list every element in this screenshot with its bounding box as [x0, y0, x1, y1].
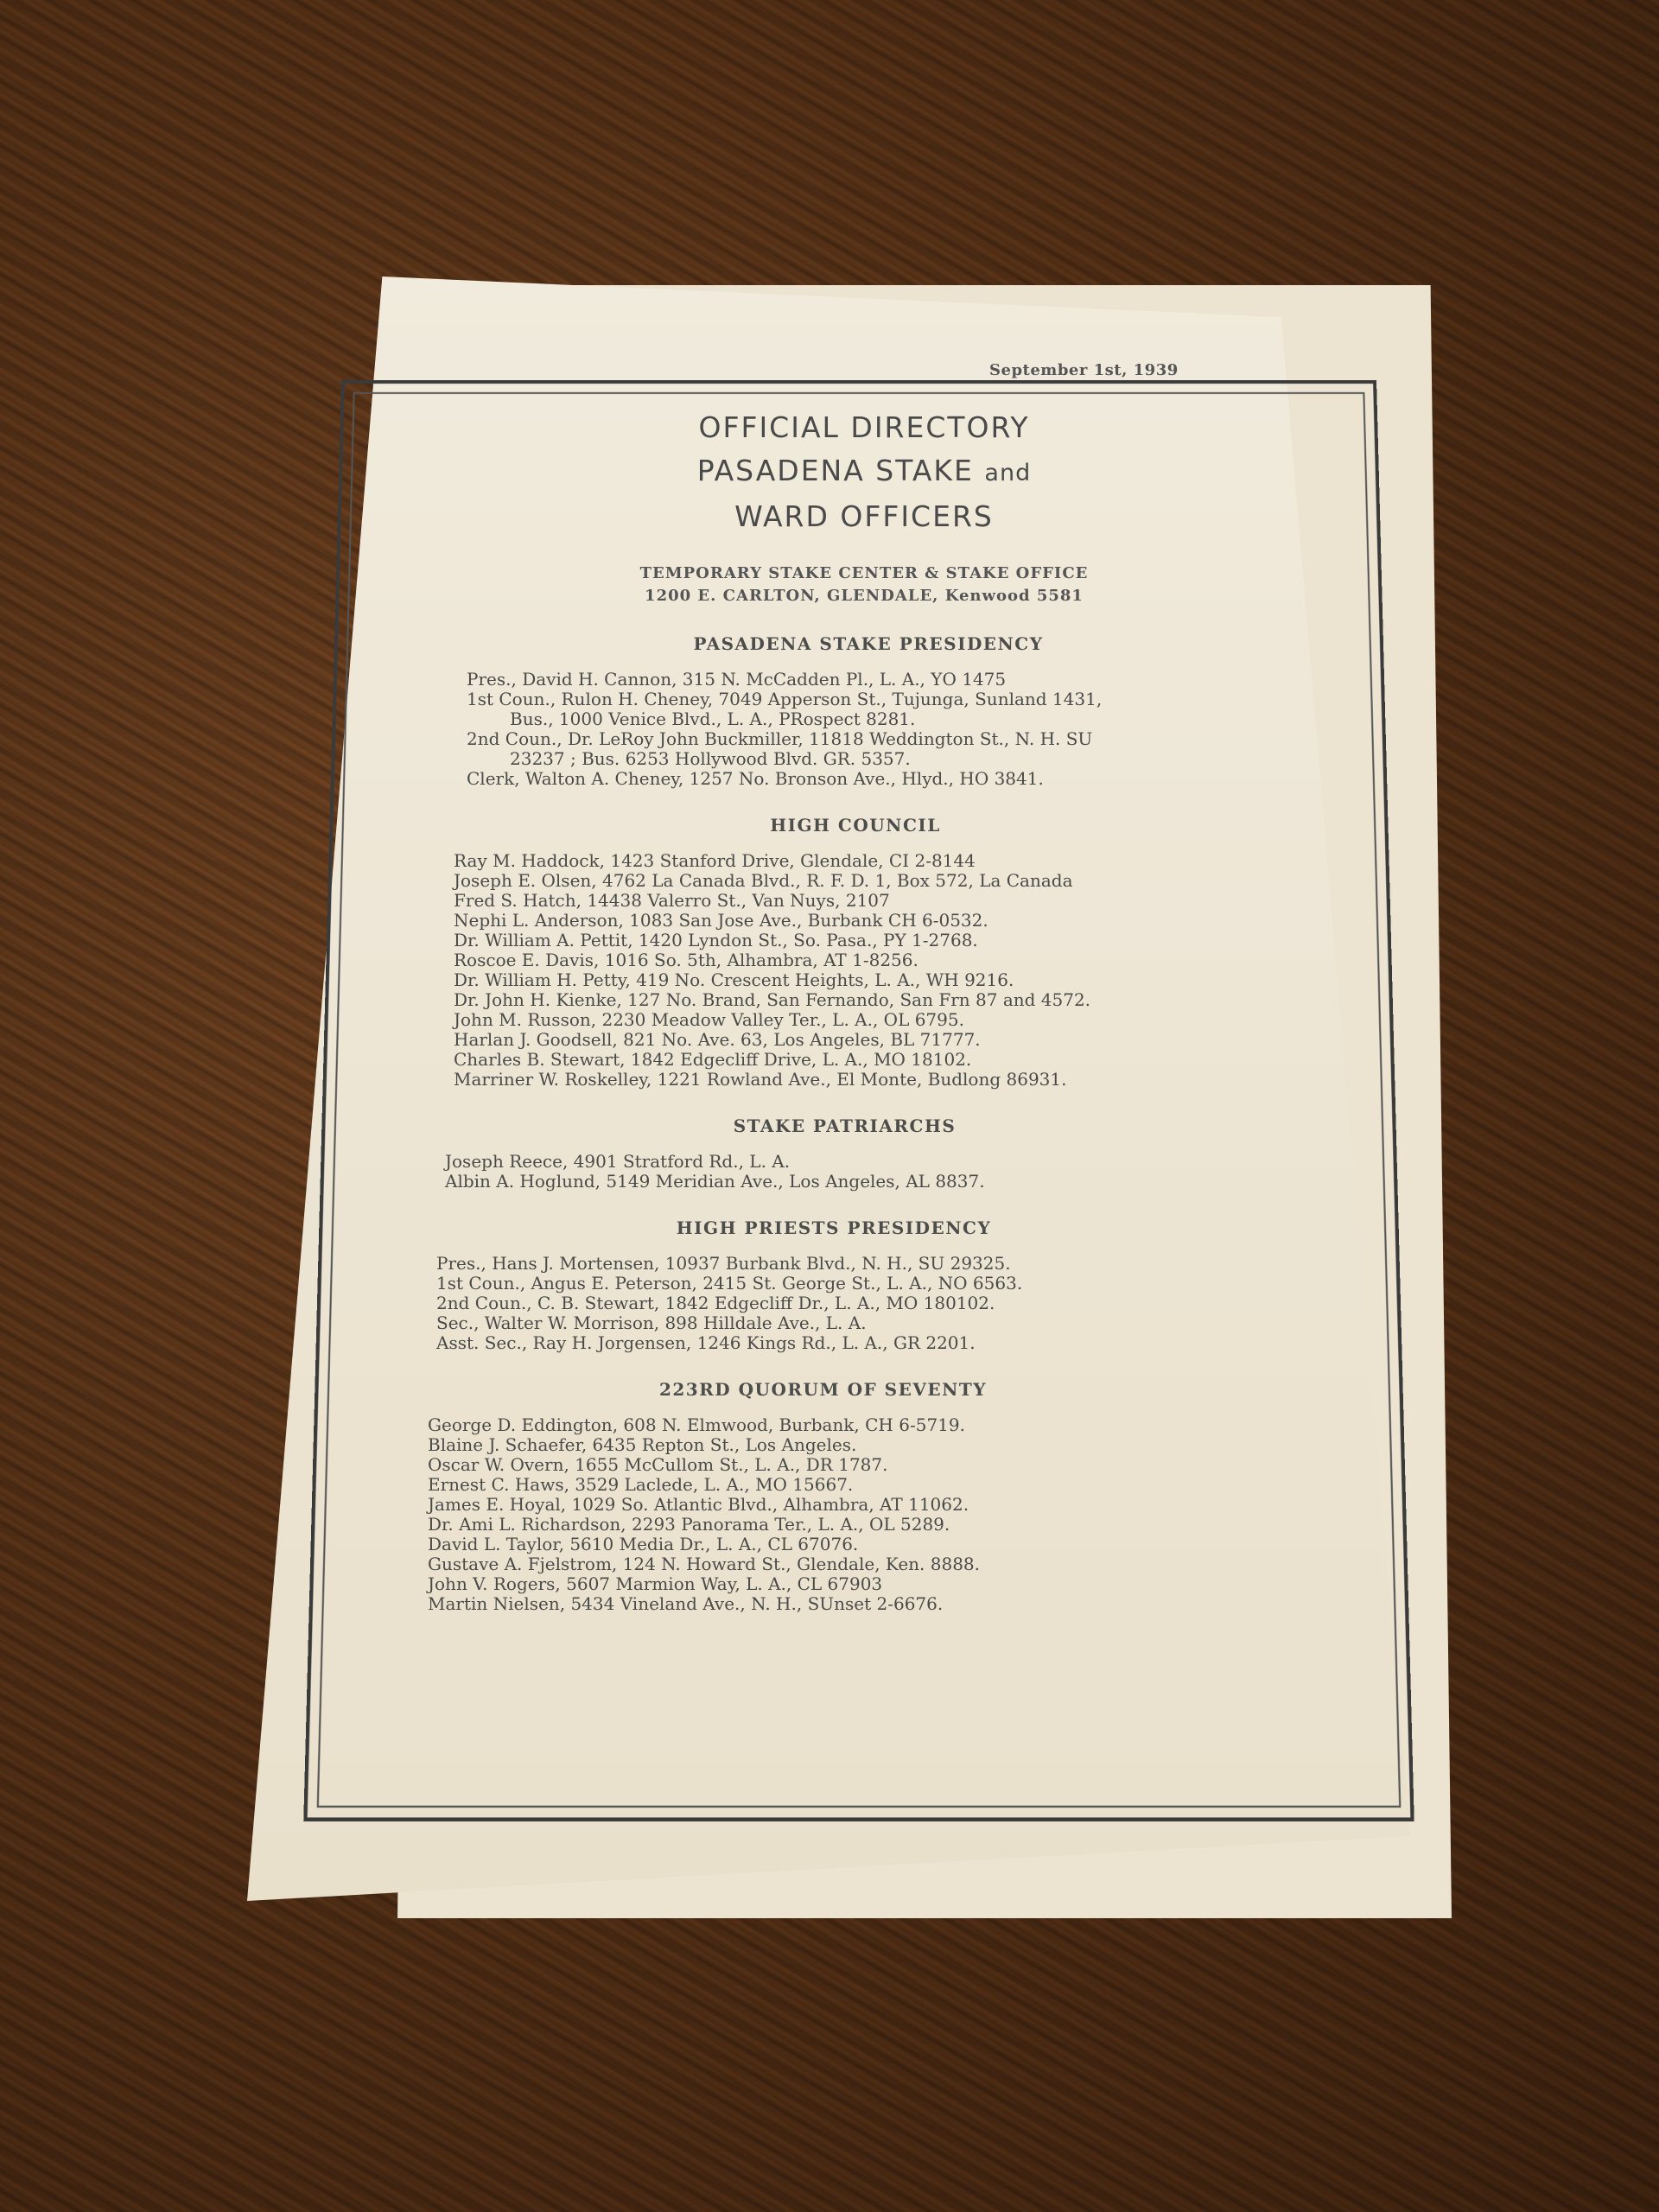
- directory-entry: Martin Nielsen, 5434 Vineland Ave., N. H…: [428, 1594, 1270, 1614]
- directory-entry: Oscar W. Overn, 1655 McCullom St., L. A.…: [428, 1455, 1270, 1475]
- directory-entry: John V. Rogers, 5607 Marmion Way, L. A.,…: [428, 1574, 1270, 1594]
- directory-entry: Harlan J. Goodsell, 821 No. Ave. 63, Los…: [454, 1030, 1270, 1050]
- section-high-priests-presidency: HIGH PRIESTS PRESIDENCYPres., Hans J. Mo…: [436, 1217, 1270, 1353]
- directory-entry: Marriner W. Roskelley, 1221 Rowland Ave.…: [454, 1070, 1270, 1090]
- section-heading: STAKE PATRIARCHS: [419, 1116, 1270, 1136]
- directory-entry: 2nd Coun., Dr. LeRoy John Buckmiller, 11…: [467, 729, 1270, 769]
- directory-entry: Blaine J. Schaefer, 6435 Repton St., Los…: [428, 1435, 1270, 1455]
- directory-entry: Asst. Sec., Ray H. Jorgensen, 1246 Kings…: [436, 1333, 1270, 1353]
- directory-sections: PASADENA STAKE PRESIDENCYPres., David H.…: [406, 633, 1270, 1614]
- directory-entry: 1st Coun., Angus E. Peterson, 2415 St. G…: [436, 1274, 1270, 1294]
- directory-entry: David L. Taylor, 5610 Media Dr., L. A., …: [428, 1535, 1270, 1554]
- directory-entry: Joseph E. Olsen, 4762 La Canada Blvd., R…: [454, 871, 1270, 891]
- directory-entry: Sec., Walter W. Morrison, 898 Hilldale A…: [436, 1313, 1270, 1333]
- section-223rd-quorum-of-seventy: 223RD QUORUM OF SEVENTYGeorge D. Eddingt…: [428, 1379, 1270, 1614]
- directory-entry: Dr. Ami L. Richardson, 2293 Panorama Ter…: [428, 1515, 1270, 1535]
- section-heading: PASADENA STAKE PRESIDENCY: [467, 633, 1270, 654]
- directory-entry: Ernest C. Haws, 3529 Laclede, L. A., MO …: [428, 1475, 1270, 1495]
- directory-entry: Charles B. Stewart, 1842 Edgecliff Drive…: [454, 1050, 1270, 1070]
- directory-entry: Roscoe E. Davis, 1016 So. 5th, Alhambra,…: [454, 950, 1270, 970]
- directory-entry: Pres., David H. Cannon, 315 N. McCadden …: [467, 670, 1270, 690]
- directory-entry: 2nd Coun., C. B. Stewart, 1842 Edgecliff…: [436, 1294, 1270, 1313]
- directory-entry: Albin A. Hoglund, 5149 Meridian Ave., Lo…: [445, 1172, 1270, 1192]
- directory-entry: John M. Russon, 2230 Meadow Valley Ter.,…: [454, 1010, 1270, 1030]
- directory-entry: Dr. John H. Kienke, 127 No. Brand, San F…: [454, 990, 1270, 1010]
- section-heading: 223RD QUORUM OF SEVENTY: [376, 1379, 1270, 1400]
- directory-entry: Ray M. Haddock, 1423 Stanford Drive, Gle…: [454, 851, 1270, 871]
- directory-entry: 1st Coun., Rulon H. Cheney, 7049 Apperso…: [467, 690, 1270, 729]
- document-title: OFFICIAL DIRECTORY PASADENA STAKE and WA…: [458, 406, 1270, 538]
- section-high-council: HIGH COUNCILRay M. Haddock, 1423 Stanfor…: [454, 815, 1270, 1090]
- section-stake-patriarchs: STAKE PATRIARCHSJoseph Reece, 4901 Strat…: [445, 1116, 1270, 1192]
- section-pasadena-stake-presidency: PASADENA STAKE PRESIDENCYPres., David H.…: [467, 633, 1270, 789]
- directory-entry: Fred S. Hatch, 14438 Valerro St., Van Nu…: [454, 891, 1270, 911]
- directory-entry: James E. Hoyal, 1029 So. Atlantic Blvd.,…: [428, 1495, 1270, 1515]
- directory-content: OFFICIAL DIRECTORY PASADENA STAKE and WA…: [406, 406, 1270, 1614]
- directory-entry: Dr. William A. Pettit, 1420 Lyndon St., …: [454, 931, 1270, 950]
- directory-entry: George D. Eddington, 608 N. Elmwood, Bur…: [428, 1415, 1270, 1435]
- directory-entry: Dr. William H. Petty, 419 No. Crescent H…: [454, 970, 1270, 990]
- section-heading: HIGH PRIESTS PRESIDENCY: [397, 1217, 1270, 1238]
- directory-entry: Clerk, Walton A. Cheney, 1257 No. Bronso…: [467, 769, 1270, 789]
- directory-entry: Gustave A. Fjelstrom, 124 N. Howard St.,…: [428, 1554, 1270, 1574]
- document-date: September 1st, 1939: [989, 361, 1179, 379]
- section-heading: HIGH COUNCIL: [441, 815, 1270, 836]
- directory-entry: Joseph Reece, 4901 Stratford Rd., L. A.: [445, 1152, 1270, 1172]
- directory-entry: Pres., Hans J. Mortensen, 10937 Burbank …: [436, 1254, 1270, 1274]
- stake-office-info: TEMPORARY STAKE CENTER & STAKE OFFICE 12…: [458, 563, 1270, 607]
- directory-entry: Nephi L. Anderson, 1083 San Jose Ave., B…: [454, 911, 1270, 931]
